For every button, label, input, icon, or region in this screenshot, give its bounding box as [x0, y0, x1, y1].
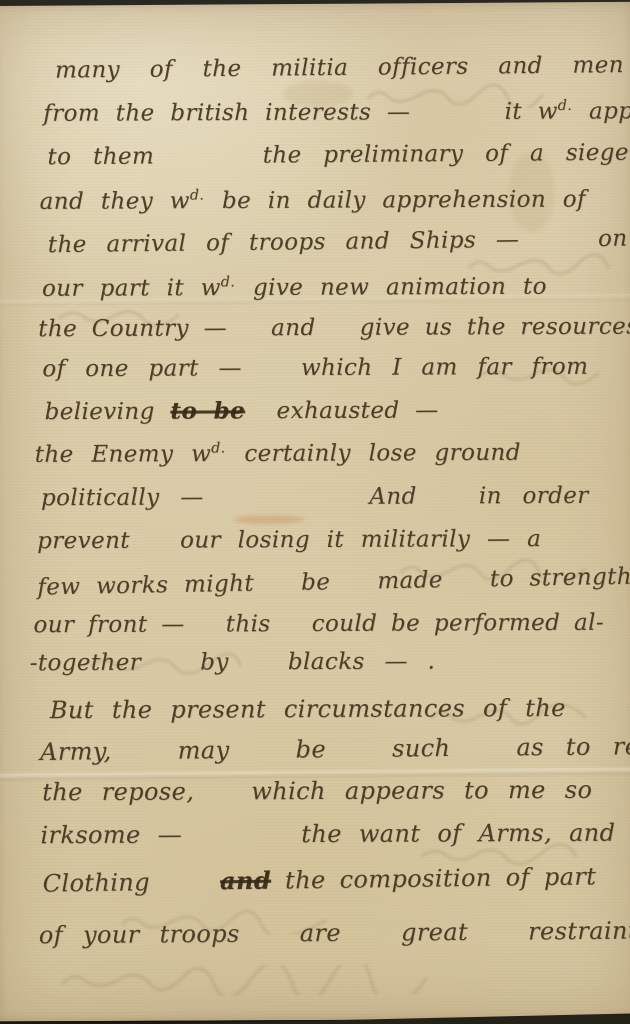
manuscript-line: the Country — and give us the resources	[38, 314, 630, 343]
line-text: our front — this could be performed al-	[33, 610, 604, 638]
line-text: and they w	[40, 188, 190, 215]
manuscript-page: many of the militia officers and men fro…	[0, 2, 630, 1022]
superscript-abbreviation: d.	[190, 187, 205, 203]
manuscript-line: the Enemy wd. certainly lose ground	[35, 439, 521, 468]
line-text: the Country — and give us the resources	[38, 314, 630, 343]
manuscript-line: our front — this could be performed al-	[33, 610, 604, 638]
struck-word: to be	[170, 397, 245, 424]
line-text: few works might be made to strengthen	[37, 563, 630, 600]
line-text: politically — And in order to	[41, 482, 630, 511]
line-text: the repose, which appears to me so	[42, 776, 592, 806]
line-text: exhausted —	[245, 397, 439, 424]
screenshot-root: many of the militia officers and men fro…	[0, 0, 630, 1024]
line-text: irksome — the want of Arms, and	[40, 819, 615, 850]
manuscript-line: -together by blacks — .	[30, 648, 436, 676]
line-text: to them the preliminary of a siege —	[47, 139, 630, 170]
manuscript-line: of your troops are great restraints.	[39, 916, 630, 949]
line-text: But the present circumstances of the	[50, 694, 566, 724]
line-text: from the british interests — it w	[43, 99, 558, 127]
ink-bleedthrough	[57, 964, 437, 996]
manuscript-line: and they wd. be in daily apprehension of	[40, 186, 586, 215]
manuscript-line: Clothing and the composition of part	[42, 861, 596, 897]
line-text: our part it w	[42, 275, 221, 302]
line-text: be in daily apprehension of	[205, 186, 586, 214]
manuscript-line: But the present circumstances of the	[50, 694, 566, 724]
line-text: believing	[45, 399, 171, 426]
superscript-abbreviation: d.	[221, 274, 236, 290]
manuscript-line: the repose, which appears to me so	[42, 776, 592, 806]
line-text: of your troops are great restraints.	[39, 916, 630, 949]
manuscript-line: irksome — the want of Arms, and	[40, 819, 615, 850]
line-text: prevent our losing it militarily — a	[37, 526, 541, 554]
line-text: appear	[573, 98, 630, 124]
manuscript-line: from the british interests — it wd. appe…	[43, 97, 630, 126]
struck-word: and	[220, 866, 271, 896]
manuscript-line: our part it wd. give new animation to	[42, 273, 547, 302]
manuscript-line: Army, may be such as to require	[40, 732, 630, 766]
superscript-abbreviation: d.	[211, 440, 226, 456]
line-text: Army, may be such as to require	[40, 732, 630, 766]
line-text: many of the militia officers and men	[55, 52, 624, 83]
line-text: -together by blacks — .	[30, 648, 436, 676]
line-text: give new animation to	[236, 274, 547, 301]
superscript-abbreviation: d.	[558, 98, 573, 114]
manuscript-line: few works might be made to strengthen	[37, 563, 630, 600]
manuscript-line: believing to be exhausted —	[45, 396, 439, 425]
manuscript-line: of one part — which I am far from	[42, 354, 588, 382]
line-text: the composition of part	[271, 862, 597, 894]
manuscript-line: prevent our losing it militarily — a	[37, 526, 541, 554]
manuscript-line: politically — And in order to	[41, 482, 630, 511]
paper-stain	[233, 515, 305, 524]
line-text: of one part — which I am far from	[42, 354, 588, 382]
line-text: the Enemy w	[35, 441, 212, 468]
line-text: Clothing	[42, 867, 220, 897]
manuscript-line: to them the preliminary of a siege —	[47, 139, 630, 170]
line-text: certainly lose ground	[227, 440, 521, 467]
manuscript-line: many of the militia officers and men	[55, 52, 624, 83]
